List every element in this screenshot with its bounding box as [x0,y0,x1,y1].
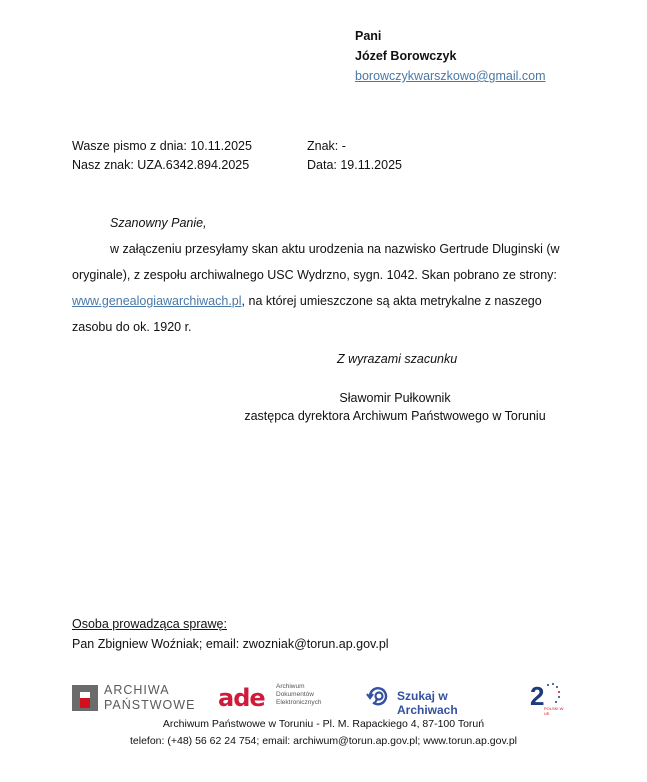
body-text-part1: w załączeniu przesyłamy skan aktu urodze… [72,242,560,282]
ade-mark-icon: ade [218,685,265,711]
footer-contact: telefon: (+48) 56 62 24 754; email: arch… [0,733,647,750]
anniversary-logo: 2 POLSKI W UE [530,682,566,714]
contact-person: Osoba prowadząca sprawę: Pan Zbigniew Wo… [72,614,389,654]
logo-bar: ARCHIWA PAŃSTWOWE ade Archiwum Dokumentó… [0,680,647,716]
our-reference: Nasz znak: UZA.6342.894.2025 [72,156,252,175]
recipient-block: Pani Józef Borowczyk borowczykwarszkowo@… [355,26,546,86]
footer-address: Archiwum Państwowe w Toruniu - Pl. M. Ra… [0,716,647,733]
your-letter-date: Wasze pismo z dnia: 10.11.2025 [72,137,252,156]
ade-line2: Dokumentów [276,691,322,699]
genealogy-website-link[interactable]: www.genealogiawarchiwach.pl [72,294,242,308]
signatory-title: zastępca dyrektora Archiwum Państwowego … [230,407,560,425]
contact-heading: Osoba prowadząca sprawę: [72,614,389,634]
signature-block: Sławomir Pułkownik zastępca dyrektora Ar… [230,389,560,425]
recipient-email-link[interactable]: borowczykwarszkowo@gmail.com [355,66,546,86]
letter-footer: Archiwum Państwowe w Toruniu - Pl. M. Ra… [0,716,647,750]
archiwa-square-icon [72,685,98,711]
recipient-salutation: Pani [355,26,546,46]
contact-details: Pan Zbigniew Woźniak; email: zwozniak@to… [72,634,389,654]
archiwa-line1: ARCHIWA [104,683,195,698]
reference-right: Znak: - Data: 19.11.2025 [307,137,402,175]
greeting: Szanowny Panie, [72,210,562,236]
body-paragraph: w załączeniu przesyłamy skan aktu urodze… [72,236,562,340]
anniversary-tag: POLSKI W UE [544,706,566,716]
recipient-name: Józef Borowczyk [355,46,546,66]
signatory-name: Sławomir Pułkownik [230,389,560,407]
archiwa-line2: PAŃSTWOWE [104,698,195,713]
letter-body: Szanowny Panie, w załączeniu przesyłamy … [72,210,562,340]
szukaj-text: Szukaj w Archiwach [397,689,458,717]
letter-date: Data: 19.11.2025 [307,156,402,175]
reference-left: Wasze pismo z dnia: 10.11.2025 Nasz znak… [72,137,252,175]
stars-circle-icon [542,682,564,708]
closing-phrase: Z wyrazami szacunku [337,352,457,366]
sign-reference: Znak: - [307,137,402,156]
search-refresh-icon [366,684,390,708]
ade-line1: Archiwum [276,683,322,691]
ade-line3: Elektronicznych [276,699,322,707]
